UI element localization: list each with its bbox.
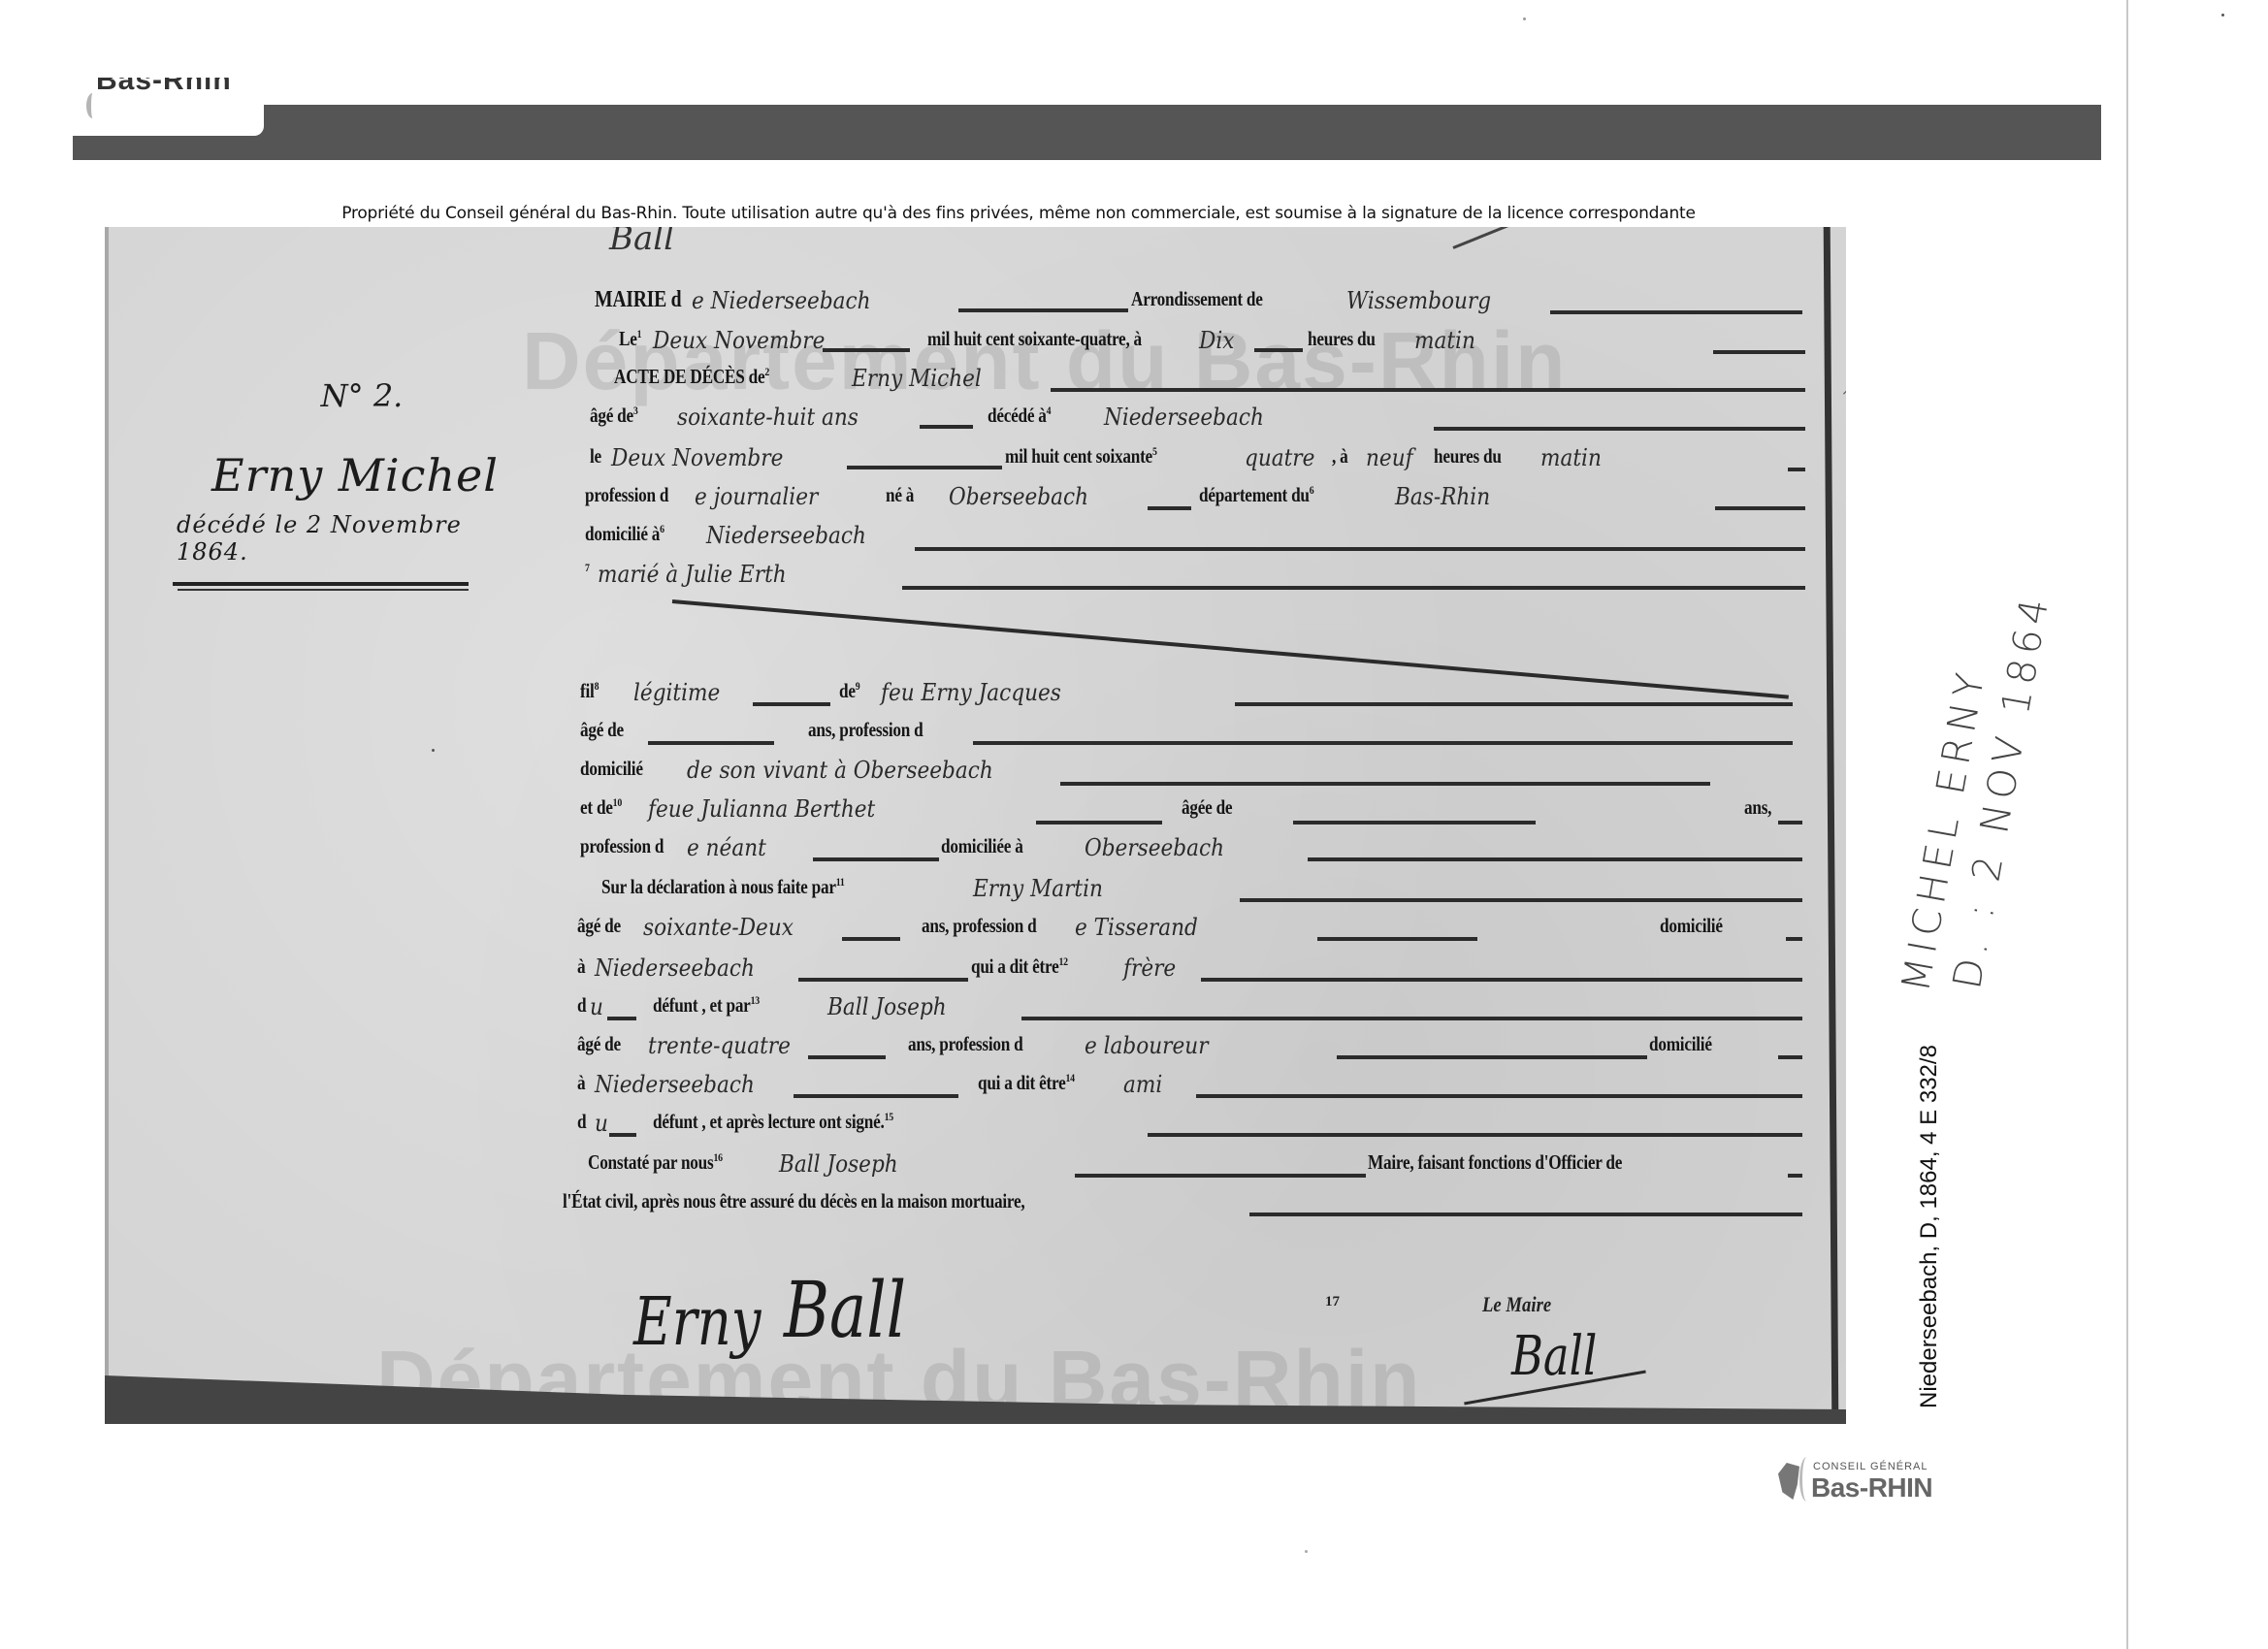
label-lecture: défunt , et après lecture ont signé.15	[653, 1110, 893, 1134]
value-du-2: u	[595, 1110, 608, 1137]
label-mairie: MAIRIE d	[595, 287, 681, 313]
value-du-1: u	[590, 993, 603, 1020]
pen-stroke	[1452, 227, 1624, 249]
value-spouse: marié à Julie Erth	[598, 561, 787, 588]
margin-note: N° 2. Erny Michel décédé le 2 Novembre 1…	[173, 377, 522, 566]
label-a-2: à	[577, 1071, 585, 1095]
label-d-1: d	[577, 993, 586, 1018]
fill-line	[1021, 1017, 1802, 1020]
label-constate: Constaté par nous16	[588, 1150, 723, 1175]
signature-ball: Ball	[784, 1265, 906, 1355]
scan-left-edge	[105, 227, 109, 1424]
fill-line	[1235, 702, 1793, 706]
fill-line	[648, 741, 774, 745]
maire-label: Le Maire	[1482, 1292, 1551, 1317]
fill-line	[1201, 978, 1802, 982]
value-declarant-2-age: trente-quatre	[648, 1032, 791, 1059]
value-mairie: e Niederseebach	[692, 287, 871, 314]
label-father-domicile: domicilié	[580, 757, 643, 781]
value-death-place: Niederseebach	[1104, 404, 1264, 431]
value-death-date: Deux Novembre	[611, 444, 783, 471]
fill-line	[1148, 1133, 1802, 1137]
fill-line	[813, 857, 939, 861]
label-decede: décédé à4	[988, 404, 1051, 428]
label-mother-profession: profession d	[580, 834, 664, 858]
label-ne: né à	[886, 483, 914, 507]
page-edge-divider	[2126, 0, 2128, 1649]
value-declarant-1: Erny Martin	[973, 875, 1103, 902]
value-mother-profession: e néant	[687, 834, 766, 861]
value-profession: e journalier	[695, 483, 818, 510]
fill-line	[798, 978, 968, 982]
value-deceased: Erny Michel	[852, 365, 982, 392]
label-declaration: Sur la déclaration à nous faite par11	[601, 875, 845, 899]
fill-line	[1786, 937, 1802, 941]
archive-reference: Niederseebach, D, 1864, 4 E 332/8	[1916, 1045, 1943, 1408]
fill-line	[1778, 821, 1802, 824]
label-mother-age: âgée de	[1182, 795, 1232, 820]
fill-line	[607, 1017, 636, 1020]
value-relation-2: ami	[1123, 1071, 1162, 1098]
value-birthplace: Oberseebach	[949, 483, 1088, 510]
value-age: soixante-huit ans	[677, 404, 859, 431]
value-father-domicile: de son vivant à Oberseebach	[687, 757, 993, 784]
label-heures: heures du	[1308, 327, 1376, 351]
bas-rhin-map-icon	[1778, 1463, 1799, 1500]
copyright-notice: Propriété du Conseil général du Bas-Rhin…	[0, 204, 2037, 223]
value-declarant-2-profession: e laboureur	[1085, 1032, 1209, 1059]
fill-line	[1317, 937, 1477, 941]
fill-line	[1254, 348, 1303, 352]
value-mother: feue Julianna Berthet	[648, 795, 875, 823]
fill-line	[1036, 821, 1162, 824]
label-a-1: à	[577, 954, 585, 979]
signature-maire: Ball	[1511, 1325, 1597, 1388]
label-year-2: mil huit cent soixante5	[1005, 444, 1157, 469]
fill-line	[1778, 1055, 1802, 1059]
fill-line	[823, 348, 910, 352]
fill-line	[1713, 350, 1805, 354]
label-et-de: et de10	[580, 795, 622, 820]
fill-line	[1715, 506, 1805, 510]
label-relation-1: qui a dit être12	[971, 954, 1068, 979]
label-le-2: le	[590, 444, 601, 469]
label-declarant-2-domicile: domicilié	[1649, 1032, 1712, 1056]
right-margin-rule	[1824, 227, 1839, 1415]
value-declarant-1-profession: e Tisserand	[1075, 914, 1198, 941]
value-arrondissement: Wissembourg	[1346, 287, 1491, 314]
fill-line	[920, 425, 973, 429]
value-mother-domicile: Oberseebach	[1085, 834, 1224, 861]
fill-line	[973, 741, 1793, 745]
value-departement: Bas-Rhin	[1395, 483, 1490, 510]
label-d-2: d	[577, 1110, 586, 1134]
header-logo-tab: Bas-Rhin	[73, 85, 264, 136]
fill-line	[1434, 427, 1805, 431]
label-fil: fil8	[580, 679, 599, 703]
label-etat-civil: l'État civil, après nous être assuré du …	[563, 1189, 1024, 1213]
margin-number: N° 2.	[202, 377, 522, 414]
page-speck	[2221, 14, 2224, 16]
fill-line	[609, 1133, 636, 1137]
header-bar	[73, 105, 2101, 160]
margin-underline	[173, 582, 469, 586]
label-declarant-1-domicile: domicilié	[1660, 914, 1723, 938]
label-declarant-1-profession: ans, profession d	[922, 914, 1036, 938]
label-age: âgé de3	[590, 404, 638, 428]
value-declarant-2: Ball Joseph	[827, 993, 947, 1020]
fill-line	[808, 1055, 886, 1059]
label-acte: ACTE DE DÉCÈS de2	[614, 365, 769, 389]
value-domicile: Niederseebach	[706, 522, 866, 549]
fill-line	[1788, 1174, 1802, 1178]
fill-line	[915, 547, 1805, 551]
logo-line-2: Bas-RHIN	[1811, 1472, 1932, 1503]
label-a: , à	[1332, 444, 1347, 469]
fill-line	[1550, 310, 1802, 314]
label-year: mil huit cent soixante-quatre, à	[927, 327, 1142, 351]
label-sup-7: 7	[585, 561, 590, 585]
value-year-suffix: quatre	[1245, 444, 1314, 471]
value-officer: Ball Joseph	[779, 1150, 898, 1178]
label-de: de9	[839, 679, 859, 703]
fill-line	[1337, 1055, 1647, 1059]
label-declarant-2-age: âgé de	[577, 1032, 621, 1056]
fill-line	[847, 466, 1002, 469]
page-speck	[1305, 1550, 1308, 1553]
label-declarant-1-age: âgé de	[577, 914, 621, 938]
top-annotation: Ball	[609, 227, 674, 258]
fill-line	[1293, 821, 1536, 824]
label-domicilie: domicilié à6	[585, 522, 664, 546]
label-profession: profession d	[585, 483, 668, 507]
label-le: Le1	[619, 327, 641, 351]
fill-line	[794, 1094, 958, 1098]
fill-line	[753, 702, 830, 706]
label-father-profession: ans, profession d	[808, 718, 923, 742]
label-relation-2: qui a dit être14	[978, 1071, 1075, 1095]
value-declarant-1-age: soixante-Deux	[643, 914, 794, 941]
logo-line-1: CONSEIL GÉNÉRAL	[1813, 1461, 1928, 1472]
value-declarant-1-place: Niederseebach	[595, 954, 755, 982]
margin-date: décédé le 2 Novembre 1864.	[173, 511, 522, 566]
value-hour: Dix	[1199, 327, 1234, 354]
value-death-period: matin	[1540, 444, 1602, 471]
header-logo-text: Bas-Rhin	[96, 78, 232, 95]
fill-line	[1060, 782, 1710, 786]
value-date: Deux Novembre	[653, 327, 825, 354]
fill-line	[1148, 506, 1191, 510]
fill-line	[958, 308, 1128, 312]
conseil-general-logo: CONSEIL GÉNÉRAL Bas-RHIN	[1778, 1455, 1933, 1505]
label-departement: département du6	[1199, 483, 1313, 507]
scan-speck	[432, 749, 435, 752]
margin-tick: ↗	[1841, 382, 1846, 399]
value-relation-1: frère	[1123, 954, 1176, 982]
fill-line	[1249, 1212, 1802, 1216]
margin-underline-thin	[178, 589, 469, 591]
value-legitimacy: légitime	[633, 679, 720, 706]
fill-line	[1051, 388, 1805, 392]
label-heures-2: heures du	[1434, 444, 1502, 469]
fill-line	[1075, 1174, 1366, 1178]
footnote-17: 17	[1325, 1294, 1340, 1310]
fill-line	[902, 586, 1805, 590]
fill-line	[1788, 468, 1805, 471]
page-speck	[1523, 17, 1526, 20]
margin-name: Erny Michel	[173, 449, 522, 501]
label-maire-fonctions: Maire, faisant fonctions d'Officier de	[1368, 1150, 1622, 1175]
value-declarant-2-place: Niederseebach	[595, 1071, 755, 1098]
label-ans: ans,	[1744, 795, 1771, 820]
label-et-par: défunt , et par13	[653, 993, 760, 1018]
value-father: feu Erny Jacques	[881, 679, 1061, 706]
value-period: matin	[1414, 327, 1475, 354]
value-death-hour: neuf	[1366, 444, 1413, 471]
death-record-scan: Département du Bas-Rhin Département du B…	[105, 227, 1846, 1424]
label-arrondissement: Arrondissement de	[1131, 287, 1263, 311]
label-declarant-2-profession: ans, profession d	[908, 1032, 1022, 1056]
label-father-age: âgé de	[580, 718, 624, 742]
signature-erny: Erny	[633, 1284, 761, 1361]
fill-line	[1240, 898, 1802, 902]
fill-line	[1308, 857, 1802, 861]
label-mother-domicile: domiciliée à	[941, 834, 1023, 858]
fill-line	[842, 937, 900, 941]
fill-line	[1196, 1094, 1802, 1098]
